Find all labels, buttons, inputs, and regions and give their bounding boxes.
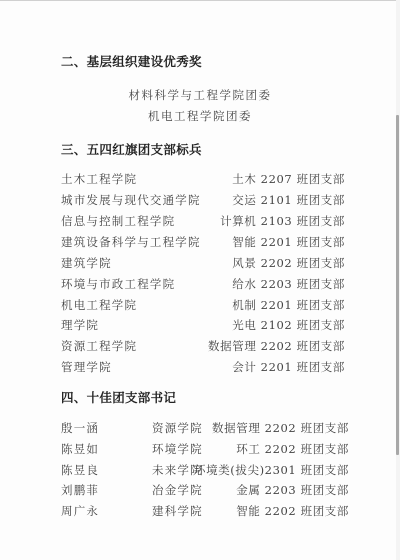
table-row: 机电工程学院 机制 2201 班团支部 xyxy=(61,297,345,313)
person-name: 陈昱良 xyxy=(61,462,99,478)
college-name: 资源工程学院 xyxy=(61,338,137,354)
college-name: 信息与控制工程学院 xyxy=(61,213,175,229)
branch-name: 光电 2102 班团支部 xyxy=(232,317,345,333)
person-name: 周广永 xyxy=(61,503,99,519)
branch-name: 交运 2101 班团支部 xyxy=(232,192,345,208)
table-row: 城市发展与现代交通学院 交运 2101 班团支部 xyxy=(61,192,345,208)
table-row: 环境与市政工程学院 给水 2203 班团支部 xyxy=(61,276,345,292)
college-name: 管理学院 xyxy=(61,359,112,375)
table-row: 理学院 光电 2102 班团支部 xyxy=(61,317,345,333)
college-name: 建筑设备科学与工程学院 xyxy=(61,234,201,250)
section-three-title: 三、五四红旗团支部标兵 xyxy=(61,140,202,158)
table-row: 资源工程学院 数据管理 2202 班团支部 xyxy=(61,338,345,354)
college-name: 土木工程学院 xyxy=(61,171,137,187)
table-row: 陈昱良 未来学院 环境类(拔尖)2301 班团支部 xyxy=(61,462,349,478)
section-two-item: 材料科学与工程学院团委 xyxy=(0,87,400,103)
college-name: 建科学院 xyxy=(152,503,203,519)
branch-name: 金属 2203 班团支部 xyxy=(236,482,349,498)
table-row: 陈昱如 环境学院 环工 2202 班团支部 xyxy=(61,441,349,457)
person-name: 陈昱如 xyxy=(61,441,99,457)
person-name: 刘鹏菲 xyxy=(61,482,99,498)
branch-name: 计算机 2103 班团支部 xyxy=(220,213,345,229)
college-name: 机电工程学院 xyxy=(61,297,137,313)
college-name: 理学院 xyxy=(61,317,99,333)
document-page: 二、基层组织建设优秀奖 材料科学与工程学院团委 机电工程学院团委 三、五四红旗团… xyxy=(0,0,396,560)
section-two-title: 二、基层组织建设优秀奖 xyxy=(61,52,202,70)
branch-name: 风景 2202 班团支部 xyxy=(232,255,345,271)
branch-name: 给水 2203 班团支部 xyxy=(232,276,345,292)
college-name: 资源学院 xyxy=(152,420,203,436)
college-name: 环境学院 xyxy=(152,441,203,457)
table-row: 周广永 建科学院 智能 2202 班团支部 xyxy=(61,503,349,519)
branch-name: 机制 2201 班团支部 xyxy=(232,297,345,313)
table-row: 刘鹏菲 冶金学院 金属 2203 班团支部 xyxy=(61,482,349,498)
branch-name: 土木 2207 班团支部 xyxy=(232,171,345,187)
scrollbar-thumb[interactable] xyxy=(396,115,399,455)
college-name: 建筑学院 xyxy=(61,255,112,271)
college-name: 城市发展与现代交通学院 xyxy=(61,192,201,208)
section-four-title: 四、十佳团支部书记 xyxy=(61,388,176,406)
branch-name: 环工 2202 班团支部 xyxy=(236,441,349,457)
branch-name: 环境类(拔尖)2301 班团支部 xyxy=(194,462,349,478)
section-two-item: 机电工程学院团委 xyxy=(0,108,400,124)
college-name: 环境与市政工程学院 xyxy=(61,276,175,292)
table-row: 管理学院 会计 2201 班团支部 xyxy=(61,359,345,375)
table-row: 建筑学院 风景 2202 班团支部 xyxy=(61,255,345,271)
branch-name: 智能 2201 班团支部 xyxy=(232,234,345,250)
table-row: 建筑设备科学与工程学院 智能 2201 班团支部 xyxy=(61,234,345,250)
person-name: 殷一涵 xyxy=(61,420,99,436)
table-row: 信息与控制工程学院 计算机 2103 班团支部 xyxy=(61,213,345,229)
table-row: 土木工程学院 土木 2207 班团支部 xyxy=(61,171,345,187)
college-name: 冶金学院 xyxy=(152,482,203,498)
branch-name: 智能 2202 班团支部 xyxy=(236,503,349,519)
table-row: 殷一涵 资源学院 数据管理 2202 班团支部 xyxy=(61,420,349,436)
branch-name: 会计 2201 班团支部 xyxy=(232,359,345,375)
branch-name: 数据管理 2202 班团支部 xyxy=(208,338,345,354)
branch-name: 数据管理 2202 班团支部 xyxy=(212,420,349,436)
